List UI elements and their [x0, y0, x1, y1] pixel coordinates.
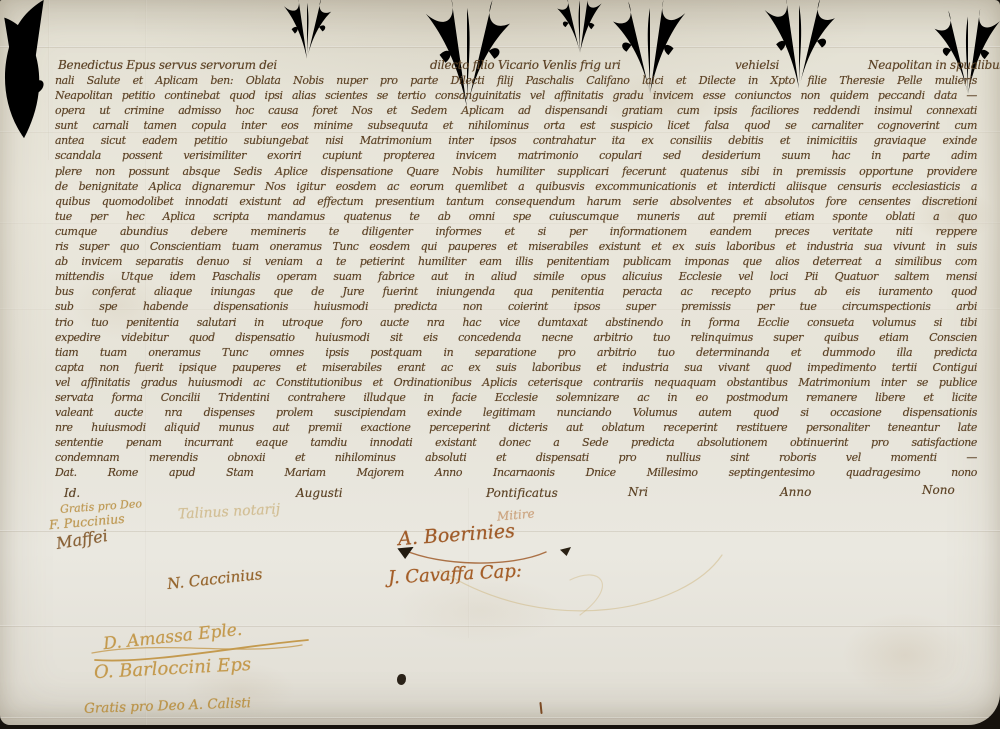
manuscript-photo: Benedictus Epus servus servorum dei dile… [0, 0, 1000, 729]
penwork-flourish-icon [262, 0, 352, 60]
signature: D. Amassa Eple. [102, 620, 243, 654]
signature: A. Boerinies [397, 520, 515, 550]
manuscript-line: plere non possunt absque Sedis Aplice di… [55, 164, 977, 179]
manuscript-line: sententie penam incurrant eaque tamdiu i… [55, 435, 977, 450]
manuscript-line: quibus quomodolibet innodati existunt ad… [55, 194, 977, 209]
manuscript-line: tue per hec Aplica scripta mandamus quat… [55, 209, 977, 224]
signature: J. Cavaffa Cap: [388, 561, 523, 589]
manuscript-line: expedire videbitur quod dispensatio huiu… [55, 330, 977, 345]
signature-gratis-note: Gratis pro Deo A. Calisti [84, 695, 251, 717]
manuscript-line: opera ut crimine admisso hoc causa foret… [55, 103, 977, 118]
manuscript-line: servata forma Concilii Tridentini contra… [55, 390, 977, 405]
manuscript-line: tiam tuam oneramus Tunc omnes ipsis post… [55, 345, 977, 360]
parchment-sheet: Benedictus Epus servus servorum dei dile… [0, 0, 1000, 725]
manuscript-line: capta non fuerit ipsique pauperes et mis… [55, 360, 977, 375]
manuscript-line: nali Salute et Aplicam ben: Oblata Nobis… [55, 73, 977, 88]
ink-blot [539, 702, 542, 714]
opening-protocol-addressee: dilecto filio Vicario Venlis frig uri [430, 58, 621, 72]
manuscript-line: antea sicut eadem petitio subiungebat ni… [55, 133, 977, 148]
datum-word: Nri [628, 485, 648, 499]
manuscript-line: Neapolitan petitio continebat quod ipsi … [55, 88, 977, 103]
penwork-flourish-icon [545, 0, 615, 54]
manuscript-line: ris super quo Conscientiam tuam oneramus… [55, 239, 977, 254]
manuscript-line: scandala possent verisimiliter exoriri c… [55, 148, 977, 163]
datum-word: Anno [780, 485, 811, 499]
datum-word: Pontificatus [486, 486, 558, 500]
manuscript-line: vel affinitatis gradus huiusmodi ac Cons… [55, 375, 977, 390]
manuscript-line: cumque abundius debere memineris te dili… [55, 224, 977, 239]
datum-line: Dat. Rome apud Stam Mariam Majorem Anno … [55, 465, 977, 480]
manuscript-line: de benignitate Aplica dignaremur Nos igi… [55, 179, 977, 194]
manuscript-line: trio tuo penitentia salutari in utroque … [55, 315, 977, 330]
illuminated-initial-icon [0, 0, 54, 150]
fold-crease [48, 0, 50, 160]
opening-protocol-papal-intitulatio: Benedictus Epus servus servorum dei [58, 58, 277, 72]
fold-crease [0, 625, 1000, 627]
hole-mark [397, 674, 406, 685]
manuscript-line: valeant aucte nra dispenses prolem susci… [55, 405, 977, 420]
manuscript-line: sub spe habende dispensationis huiusmodi… [55, 299, 977, 314]
fold-crease [0, 46, 1000, 48]
manuscript-line: condemnam merendis obnoxii et nihilominu… [55, 450, 977, 465]
datum-word: Id. [64, 486, 80, 500]
manuscript-line: nre huiusmodi aliquid munus aut premii e… [55, 420, 977, 435]
signature-faint: Talinus notarij [178, 501, 281, 522]
fold-crease [0, 717, 1000, 719]
datum-word: Nono [922, 483, 955, 497]
manuscript-line: sunt carnali tamen copula inter eos mini… [55, 118, 977, 133]
signature-paraph-swash [430, 545, 730, 640]
hole-mark [560, 547, 571, 556]
manuscript-line: mittendis Utque idem Paschalis operam su… [55, 269, 977, 284]
opening-protocol-diocese: Neapolitan in spualibus [868, 58, 1000, 72]
manuscript-body: nali Salute et Aplicam ben: Oblata Nobis… [55, 73, 977, 481]
signature: N. Caccinius [166, 565, 263, 593]
opening-protocol-word: vehielsi [735, 58, 779, 72]
manuscript-line: ab invicem separatis denuo si veniam a t… [55, 254, 977, 269]
manuscript-line: bus conferat aliaque iniungas que de Jur… [55, 284, 977, 299]
datum-word: Augusti [296, 486, 343, 500]
signature: O. Barloccini Eps [94, 654, 252, 683]
